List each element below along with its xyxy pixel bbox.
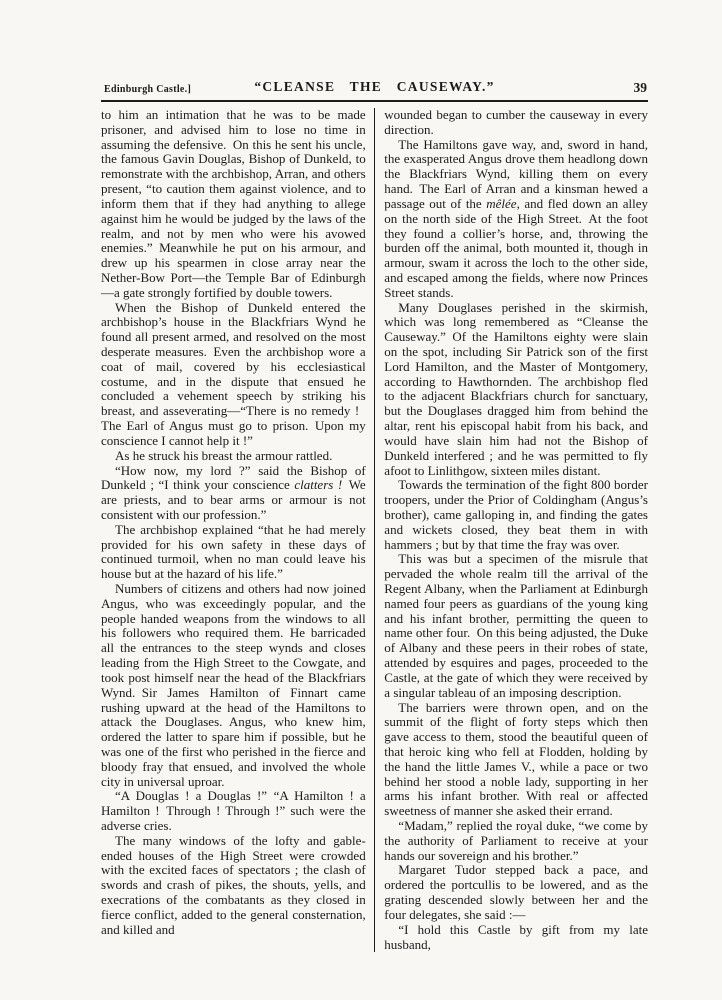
paragraph: “A Douglas ! a Douglas !” “A Hamilton ! … — [101, 789, 366, 833]
paragraph: to him an intimation that he was to be m… — [101, 108, 366, 301]
book-page: Edinburgh Castle.] “CLEANSE THE CAUSEWAY… — [0, 0, 722, 1000]
paragraph: Margaret Tudor stepped back a pace, and … — [384, 863, 648, 922]
paragraph: This was but a specimen of the misrule t… — [384, 552, 648, 700]
text-column-left: to him an intimation that he was to be m… — [101, 108, 366, 952]
paragraph: Numbers of citizens and others had now j… — [101, 582, 366, 789]
header-rule — [101, 100, 648, 102]
paragraph: Many Douglases perished in the skirmish,… — [384, 301, 648, 479]
page-number: 39 — [634, 80, 648, 96]
paragraph: The many windows of the lofty and gable-… — [101, 834, 366, 938]
text-column-right: wounded began to cumber the causeway in … — [384, 108, 648, 952]
running-header: Edinburgh Castle.] “CLEANSE THE CAUSEWAY… — [101, 79, 648, 99]
running-header-title: “CLEANSE THE CAUSEWAY.” — [101, 79, 648, 95]
paragraph: Towards the termination of the fight 800… — [384, 478, 648, 552]
paragraph: “How now, my lord ?” said the Bishop of … — [101, 464, 366, 523]
paragraph: The barriers were thrown open, and on th… — [384, 701, 648, 820]
paragraph: When the Bishop of Dunkeld entered the a… — [101, 301, 366, 449]
paragraph: “Madam,” replied the royal duke, “we com… — [384, 819, 648, 863]
paragraph: As he struck his breast the armour rattl… — [101, 449, 366, 464]
paragraph: The archbishop explained “that he had me… — [101, 523, 366, 582]
paragraph: “I hold this Castle by gift from my late… — [384, 923, 648, 953]
paragraph: The Hamiltons gave way, and, sword in ha… — [384, 138, 648, 301]
paragraph: wounded began to cumber the causeway in … — [384, 108, 648, 138]
column-divider — [374, 108, 376, 952]
text-block: to him an intimation that he was to be m… — [101, 108, 648, 952]
